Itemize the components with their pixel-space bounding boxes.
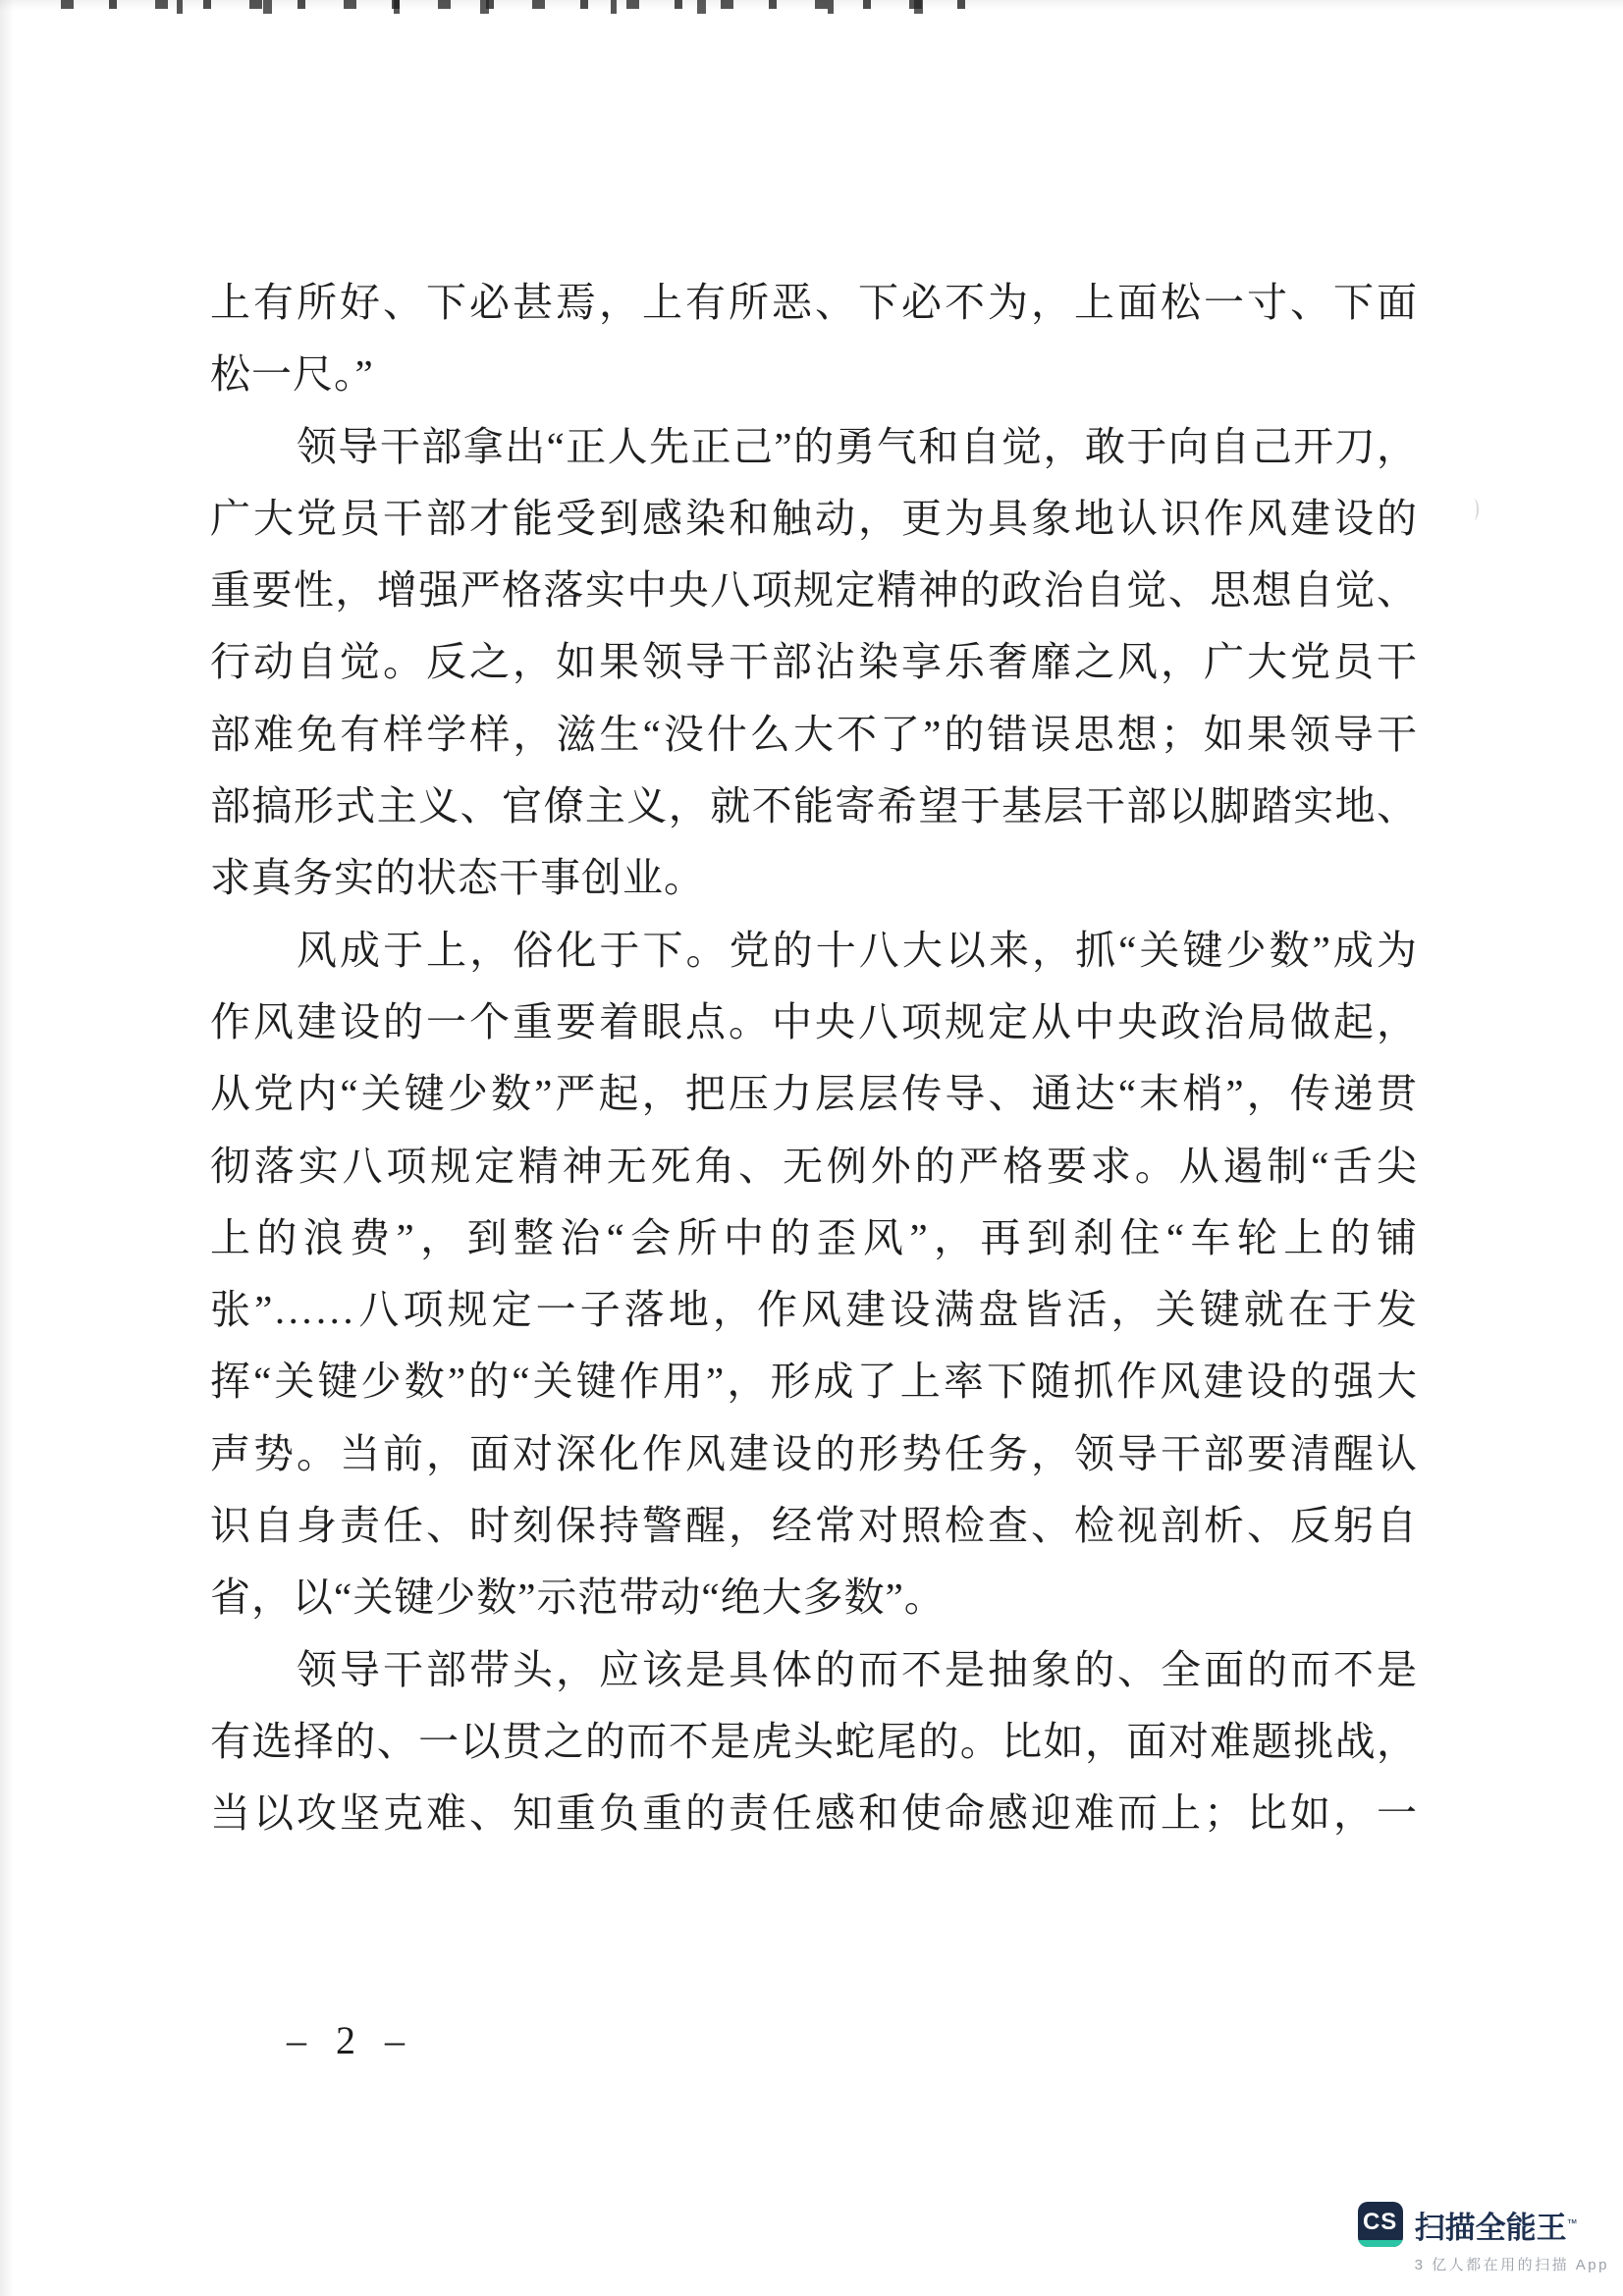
document-line: 领导干部带头，应该是具体的而不是抽象的、全面的而不是 [210, 1634, 1418, 1706]
document-line: 张”……八项规定一子落地，作风建设满盘皆活，关键就在于发 [210, 1274, 1418, 1346]
document-line: 省，以“关键少数”示范带动“绝大多数”。 [210, 1562, 1418, 1633]
document-line: 识自身责任、时刻保持警醒，经常对照检查、检视剖析、反躬自 [210, 1490, 1418, 1562]
camscanner-logo-icon: CS [1358, 2202, 1403, 2247]
watermark-app-name: 扫描全能王™ [1415, 2203, 1578, 2247]
document-line: 当以攻坚克难、知重负重的责任感和使命感迎难而上；比如，一 [210, 1778, 1418, 1849]
document-line: 部搞形式主义、官僚主义，就不能寄希望于基层干部以脚踏实地、 [210, 771, 1418, 842]
document-line: 彻落实八项规定精神无死角、无例外的严格要求。从遏制“舌尖 [210, 1131, 1418, 1202]
document-line: 从党内“关键少数”严起，把压力层层传导、通达“末梢”，传递贯 [210, 1058, 1418, 1130]
page-number: – 2 – [287, 2017, 414, 2063]
watermark-logo-row: CS 扫描全能王™ [1358, 2202, 1609, 2247]
document-line: 部难免有样学样，滋生“没什么大不了”的错误思想；如果领导干 [210, 699, 1418, 771]
document-line: 重要性，增强严格落实中央八项规定精神的政治自觉、思想自觉、 [210, 555, 1418, 626]
watermark-tagline: 3 亿人都在用的扫描 App [1415, 2254, 1609, 2274]
trademark-symbol: ™ [1567, 2217, 1578, 2229]
camscanner-watermark: CS 扫描全能王™ 3 亿人都在用的扫描 App [1358, 2202, 1609, 2274]
document-line: 松一尺。” [210, 339, 1418, 410]
document-line: 挥“关键少数”的“关键作用”，形成了上率下随抓作风建设的强大 [210, 1346, 1418, 1417]
document-line: 广大党员干部才能受到感染和触动，更为具象地认识作风建设的 [210, 483, 1418, 555]
document-line: 领导干部拿出“正人先正己”的勇气和自觉，敢于向自己开刀， [210, 411, 1418, 483]
faint-scan-mark [1469, 499, 1479, 520]
document-line: 求真务实的状态干事创业。 [210, 842, 1418, 914]
document-line: 上有所好、下必甚焉，上有所恶、下必不为，上面松一寸、下面 [210, 267, 1418, 339]
document-line: 有选择的、一以贯之的而不是虎头蛇尾的。比如，面对难题挑战， [210, 1706, 1418, 1778]
document-line: 作风建设的一个重要着眼点。中央八项规定从中央政治局做起， [210, 987, 1418, 1058]
document-line: 行动自觉。反之，如果领导干部沾染享乐奢靡之风，广大党员干 [210, 626, 1418, 698]
scan-cutoff-text-artifact [116, 0, 960, 14]
scan-edge-shadow-left [0, 0, 14, 2296]
document-line: 风成于上，俗化于下。党的十八大以来，抓“关键少数”成为 [210, 915, 1418, 987]
document-body: 上有所好、下必甚焉，上有所恶、下必不为，上面松一寸、下面松一尺。”领导干部拿出“… [210, 267, 1418, 1850]
camscanner-logo-accent-strip [1358, 2240, 1403, 2247]
document-line: 声势。当前，面对深化作风建设的形势任务，领导干部要清醒认 [210, 1418, 1418, 1490]
watermark-app-name-text: 扫描全能王 [1415, 2211, 1567, 2245]
camscanner-logo-initials: CS [1363, 2209, 1397, 2236]
document-line: 上的浪费”，到整治“会所中的歪风”，再到刹住“车轮上的铺 [210, 1202, 1418, 1274]
